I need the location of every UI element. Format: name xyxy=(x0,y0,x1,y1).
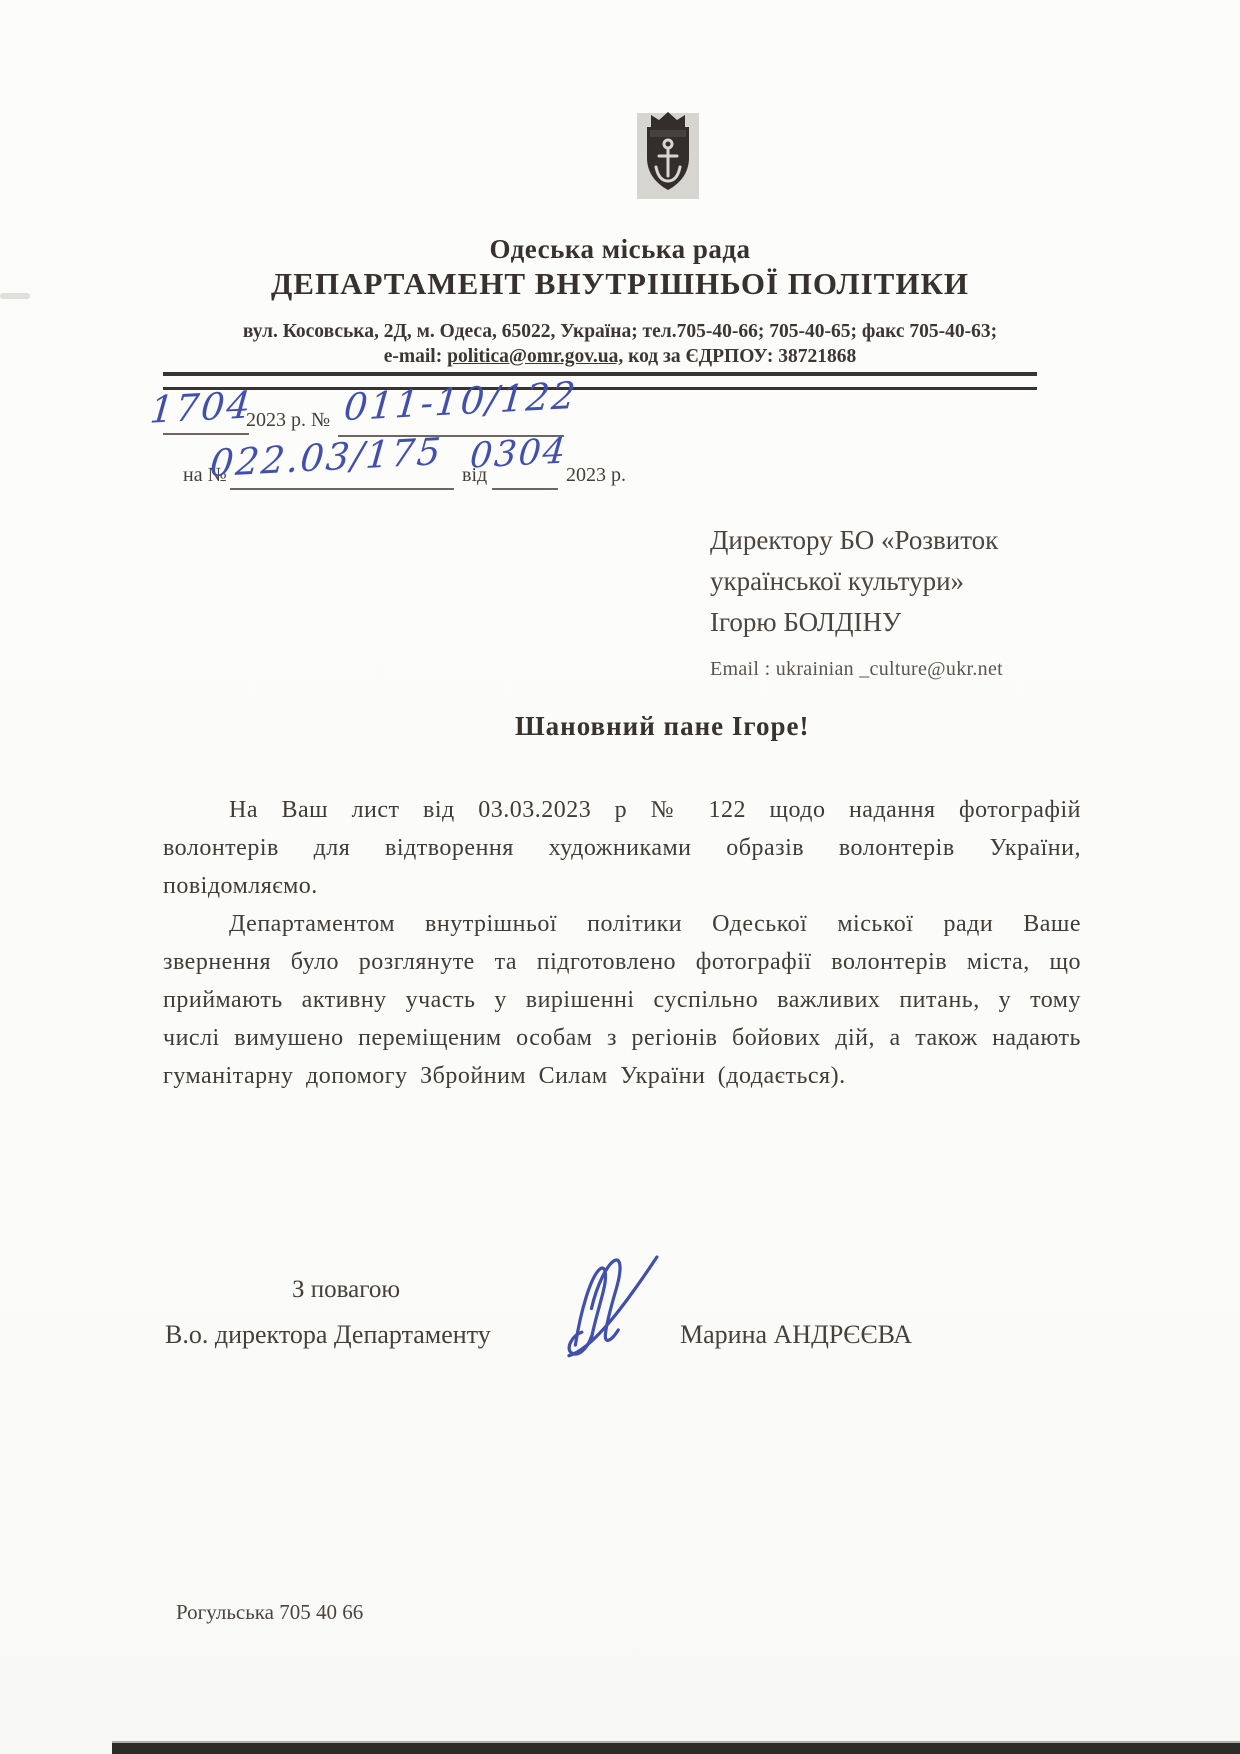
executor-contact: Рогульська 705 40 66 xyxy=(176,1600,363,1625)
salutation: Шановний пане Ігоре! xyxy=(515,711,809,742)
scan-edge-band xyxy=(112,1743,1240,1754)
org-email-link: politica@omr.gov.ua, xyxy=(447,346,623,367)
handwritten-signature-icon xyxy=(558,1242,670,1360)
odesa-coat-of-arms-icon xyxy=(636,110,700,202)
scan-smudge xyxy=(0,293,30,299)
incoming-year-label: 2023 р. xyxy=(566,464,626,487)
recipient-name: Ігорю БОЛДІНУ xyxy=(710,602,1003,643)
recipient-title-line1: Директору БО «Розвиток xyxy=(710,520,1003,561)
signer-position: В.о. директора Департаменту xyxy=(165,1320,491,1350)
edrpou-code: код за ЄДРПОУ: 38721868 xyxy=(628,346,856,367)
handwritten-incoming-date: 0304 xyxy=(468,431,568,476)
email-line: e-mail: politica@omr.gov.ua, код за ЄДРП… xyxy=(0,346,1240,368)
outgoing-year-label: 2023 р. № xyxy=(246,409,330,432)
recipient-title-line2: української культури» xyxy=(710,561,1003,602)
scanned-letter-page: Одеська міська рада ДЕПАРТАМЕНТ ВНУТРІШН… xyxy=(0,0,1240,1754)
body-paragraph-1: На Ваш лист від 03.03.2023 р № 122 щодо … xyxy=(163,791,1081,905)
outgoing-date-underline xyxy=(163,433,249,435)
address-line: вул. Косовська, 2Д, м. Одеса, 65022, Укр… xyxy=(0,321,1240,343)
signer-name: Марина АНДРЄЄВА xyxy=(680,1320,912,1350)
email-label: e-mail: xyxy=(384,346,442,367)
handwritten-outgoing-date: 1704 xyxy=(148,383,254,432)
letter-body: На Ваш лист від 03.03.2023 р № 122 щодо … xyxy=(163,791,1081,1095)
organization-name: Одеська міська рада xyxy=(0,234,1240,265)
incoming-date-underline xyxy=(492,488,558,490)
handwritten-incoming-number: 022.03/175 xyxy=(208,430,444,485)
body-paragraph-2: Департаментом внутрішньої політики Одесь… xyxy=(163,905,1081,1095)
closing-regards: З повагою xyxy=(292,1276,400,1304)
incoming-number-underline xyxy=(230,488,454,490)
recipient-email: Email : ukrainian _culture@ukr.net xyxy=(710,649,1003,690)
header-double-rule xyxy=(163,372,1037,390)
recipient-block: Директору БО «Розвиток української культ… xyxy=(710,520,1003,690)
department-name: ДЕПАРТАМЕНТ ВНУТРІШНЬОЇ ПОЛІТИКИ xyxy=(0,266,1240,302)
